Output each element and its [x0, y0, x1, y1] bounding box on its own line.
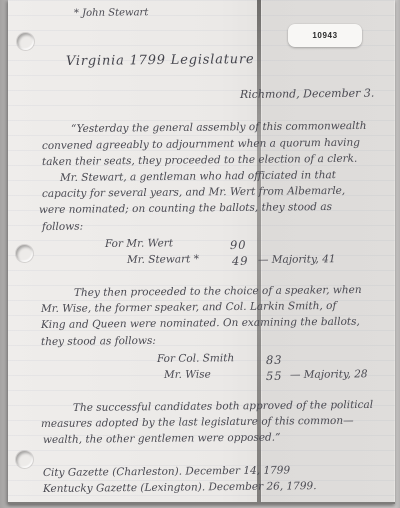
tally-majority-note: — Majority, 28: [290, 368, 368, 381]
tally-votes: 90: [230, 238, 247, 252]
annotation-author: * John Stewart: [74, 7, 148, 19]
page-title: Virginia 1799 Legislature: [66, 52, 255, 69]
punch-hole: [16, 451, 33, 468]
dateline: Richmond, December 3.: [240, 87, 375, 101]
tally-candidate: For Mr. Wert: [105, 237, 173, 250]
tally-votes: 49: [232, 254, 249, 268]
tally-candidate: Mr. Stewart *: [127, 253, 199, 266]
tally-candidate: Mr. Wise: [164, 369, 211, 381]
punch-hole: [17, 33, 34, 50]
tally-votes: 55: [266, 369, 283, 383]
tally-majority-note: — Majority, 41: [258, 253, 336, 266]
catalog-number-label: 10943: [288, 24, 362, 47]
source-citation: City Gazette (Charleston). December 14, …: [43, 464, 290, 479]
manuscript-line: wealth, the other gentlemen were opposed…: [43, 432, 281, 446]
manuscript-line: they stood as follows:: [41, 335, 156, 348]
manuscript-line: follows:: [42, 221, 83, 233]
catalog-number: 10943: [312, 31, 337, 40]
scanned-document: 10943 * John Stewart Virginia 1799 Legis…: [0, 0, 400, 508]
punch-hole: [16, 245, 33, 262]
tally-candidate: For Col. Smith: [157, 352, 234, 365]
tally-votes: 83: [266, 353, 283, 367]
